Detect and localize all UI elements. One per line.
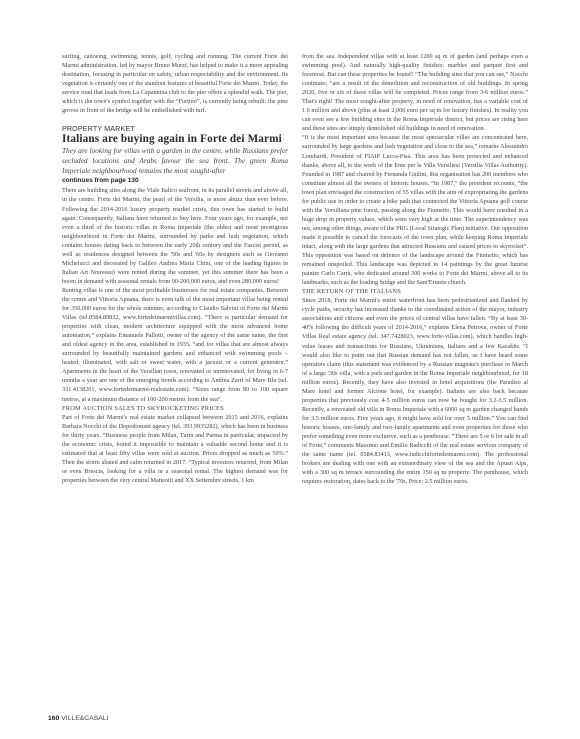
right-column: from the sea. Independent villas with at… [302,52,528,486]
body-paragraph: from the sea. Independent villas with at… [302,52,528,133]
page-number: 160 [48,715,59,722]
continues-from-note: continues from page 130 [62,176,288,186]
body-paragraph: There are building sites along the Viale… [62,186,288,286]
subheading: THE RETURN OF THE ITALIANS [302,287,528,296]
body-paragraph: Part of Forte dei Marmi's real estate ma… [62,413,288,485]
subheading: FROM AUCTION SALES TO SKYROCKETING PRICE… [62,404,288,413]
magazine-name: VILLE&CASALI [61,715,108,722]
left-column: surfing, canoeing, swimming, tennis, gol… [62,52,288,485]
body-paragraph: “It is the most important area because t… [302,133,528,287]
body-paragraph: Renting villas is one of the most profit… [62,286,288,404]
section-label: PROPERTY MARKET [62,124,288,133]
article-headline: Italians are buying again in Forte dei M… [62,133,288,146]
article-standfirst: They are looking for villas with a garde… [62,146,288,177]
body-paragraph: Since 2018, Forte dei Marmi's entire wat… [302,296,528,486]
page-footer: 160 VILLE&CASALI [48,715,108,722]
intro-paragraph: surfing, canoeing, swimming, tennis, gol… [62,52,288,115]
